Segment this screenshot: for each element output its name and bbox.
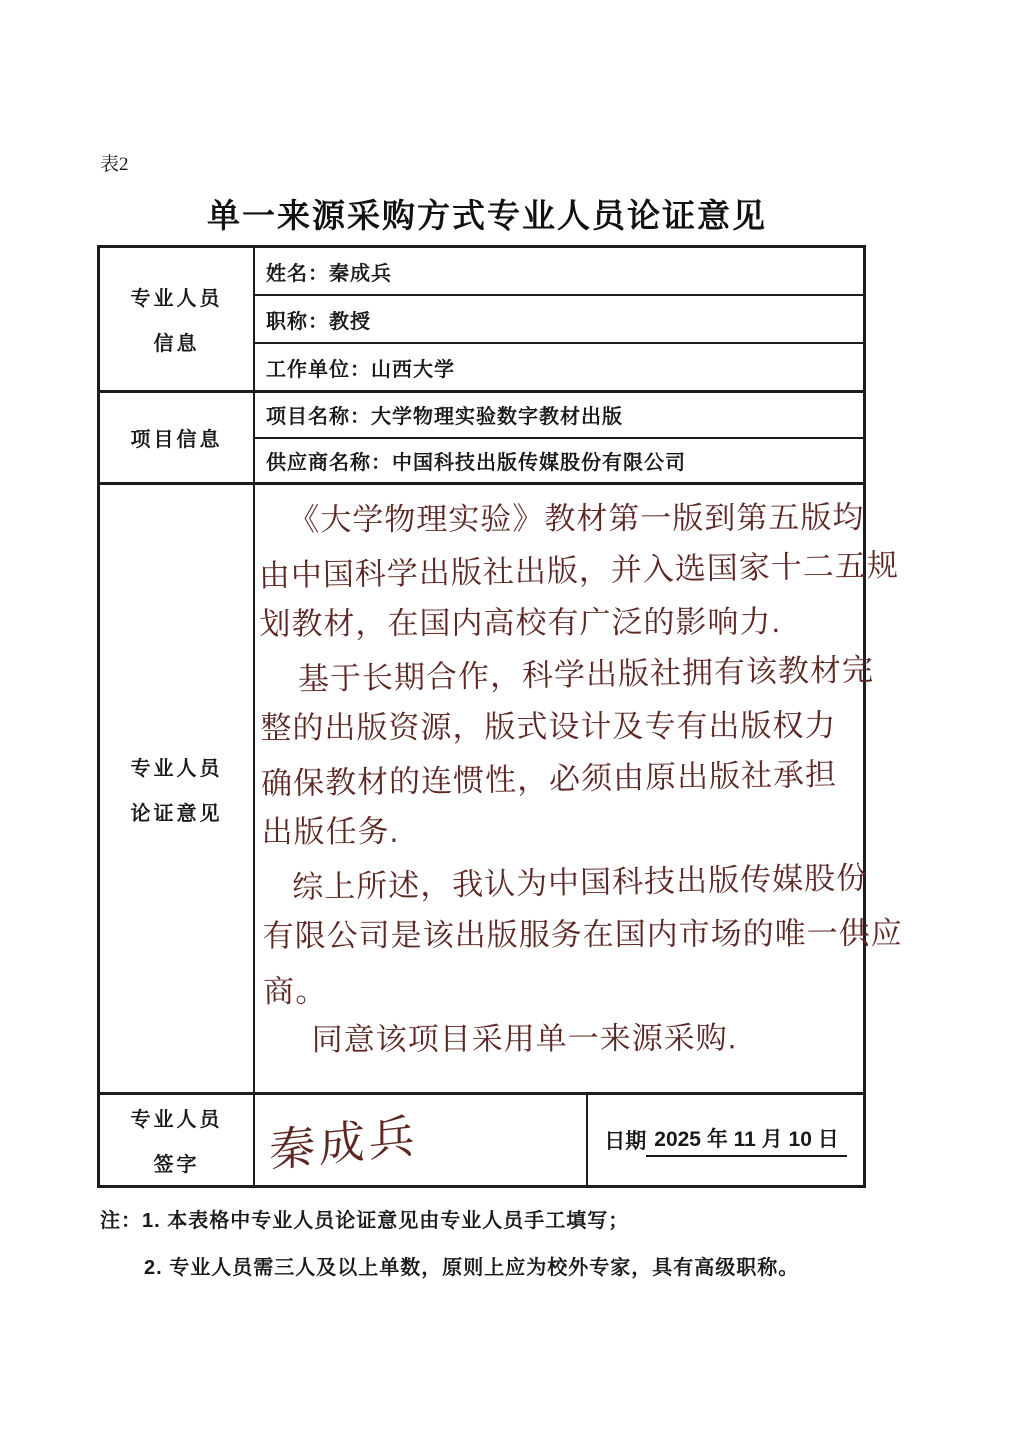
field-project-name: 项目名称： 大学物理实验数字教材出版 <box>255 393 863 439</box>
handwritten-opinion: 《大学物理实验》教材第一版到第五版均 由中国科学出版社出版，并入选国家十二五规 … <box>252 482 910 1069</box>
handwritten-line: 商。 <box>263 956 904 1019</box>
project-info-label: 项目信息 <box>100 393 255 482</box>
scanned-form-page: 表2 单一来源采购方式专业人员论证意见 专业人员 信息 姓名： 秦成兵 职称： … <box>0 0 1024 1454</box>
handwritten-line: 同意该项目采用单一来源采购. <box>264 1012 904 1067</box>
personnel-info-label-line2: 信息 <box>154 327 200 356</box>
row-signature: 专业人员 签字 秦成兵 日期 2025 年 11 月 10 日 <box>100 1095 863 1185</box>
handwritten-line: 《大学物理实验》教材第一版到第五版均 <box>258 492 898 547</box>
handwritten-line: 出版任务. <box>261 804 901 859</box>
signature-label-line2: 签字 <box>154 1148 200 1177</box>
project-info-fields: 项目名称： 大学物理实验数字教材出版 供应商名称： 中国科技出版传媒股份有限公司 <box>255 393 863 482</box>
handwritten-line: 整的出版资源，版式设计及专有出版权力 <box>260 700 900 755</box>
field-job-title-value: 教授 <box>329 305 371 334</box>
field-project-name-value: 大学物理实验数字教材出版 <box>371 400 623 429</box>
signature-label: 专业人员 签字 <box>100 1095 255 1185</box>
row-project-info: 项目信息 项目名称： 大学物理实验数字教材出版 供应商名称： 中国科技出版传媒股… <box>100 393 863 485</box>
field-name-value: 秦成兵 <box>329 257 392 286</box>
footnote-1: 注：1. 本表格中专业人员论证意见由专业人员手工填写； <box>100 1204 629 1233</box>
field-project-name-label: 项目名称： <box>266 400 371 429</box>
field-work-unit: 工作单位： 山西大学 <box>255 344 863 390</box>
handwritten-line: 有限公司是该出版服务在国内市场的唯一供应 <box>263 908 903 963</box>
form-tag: 表2 <box>100 149 129 176</box>
handwritten-line: 综上所述，我认为中国科技出版传媒股份 <box>262 852 903 915</box>
handwritten-line: 由中国科学出版社出版，并入选国家十二五规 <box>258 540 899 603</box>
footnote-2: 2. 专业人员需三人及以上单数，原则上应为校外专家，具有高级职称。 <box>144 1251 799 1280</box>
handwritten-signature: 秦成兵 <box>269 1099 418 1181</box>
field-work-unit-value: 山西大学 <box>371 353 455 382</box>
signature-cell: 秦成兵 <box>255 1095 588 1185</box>
field-job-title: 职称： 教授 <box>255 296 863 344</box>
opinion-content: 《大学物理实验》教材第一版到第五版均 由中国科学出版社出版，并入选国家十二五规 … <box>255 485 907 1092</box>
handwritten-line: 基于长期合作，科学出版社拥有该教材完 <box>260 644 901 707</box>
personnel-info-fields: 姓名： 秦成兵 职称： 教授 工作单位： 山西大学 <box>255 248 863 390</box>
handwritten-line: 确保教材的连惯性，必须由原出版社承担 <box>261 748 902 811</box>
date-label: 日期 <box>604 1125 646 1155</box>
field-supplier-name-value: 中国科技出版传媒股份有限公司 <box>392 446 686 475</box>
project-info-label-line1: 项目信息 <box>131 423 223 452</box>
date-value: 2025 年 11 月 10 日 <box>646 1123 846 1157</box>
row-opinion: 专业人员 论证意见 《大学物理实验》教材第一版到第五版均 由中国科学出版社出版，… <box>100 485 863 1095</box>
field-job-title-label: 职称： <box>266 305 329 334</box>
form-table: 专业人员 信息 姓名： 秦成兵 职称： 教授 工作单位： 山西大学 <box>97 245 866 1188</box>
field-supplier-name-label: 供应商名称： <box>266 446 392 475</box>
row-personnel-info: 专业人员 信息 姓名： 秦成兵 职称： 教授 工作单位： 山西大学 <box>100 248 863 393</box>
opinion-label-line2: 论证意见 <box>131 797 223 826</box>
field-work-unit-label: 工作单位： <box>266 353 371 382</box>
field-supplier-name: 供应商名称： 中国科技出版传媒股份有限公司 <box>255 439 863 483</box>
handwritten-line: 划教材，在国内高校有广泛的影响力. <box>259 596 899 651</box>
page-title: 单一来源采购方式专业人员论证意见 <box>97 190 877 237</box>
date-cell: 日期 2025 年 11 月 10 日 <box>588 1095 863 1185</box>
field-name: 姓名： 秦成兵 <box>255 248 863 296</box>
field-name-label: 姓名： <box>266 257 329 286</box>
opinion-label: 专业人员 论证意见 <box>100 485 255 1092</box>
personnel-info-label-line1: 专业人员 <box>131 282 223 311</box>
personnel-info-label: 专业人员 信息 <box>100 248 255 390</box>
opinion-label-line1: 专业人员 <box>131 752 223 781</box>
signature-label-line1: 专业人员 <box>131 1103 223 1132</box>
